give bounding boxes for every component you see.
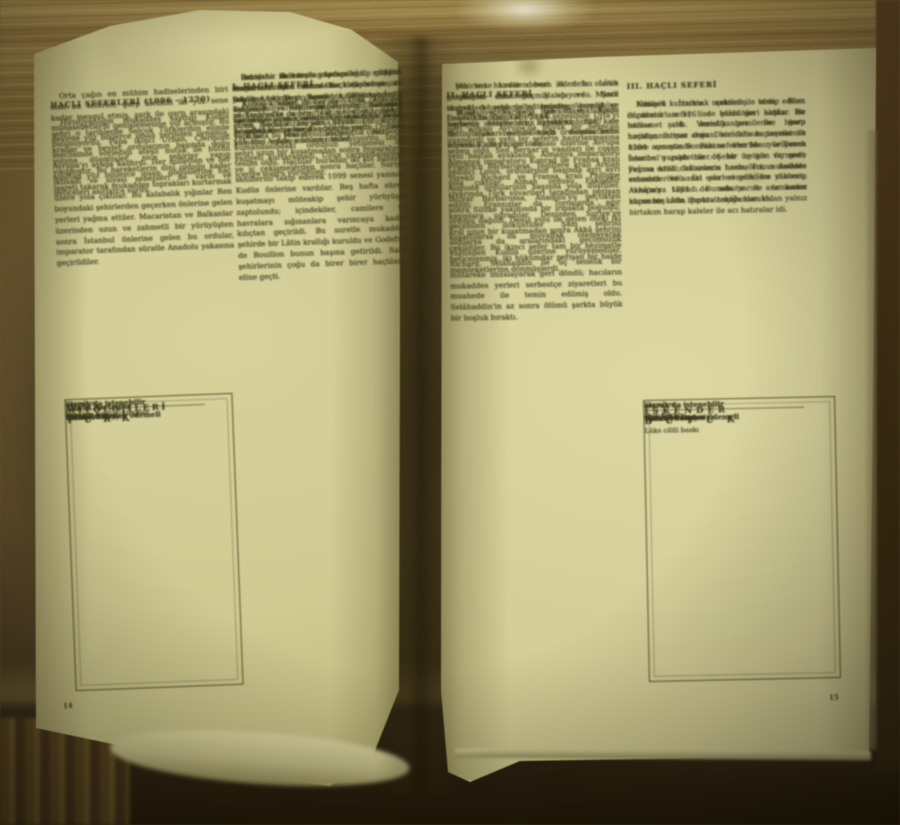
photo-scene: Orta çağın en mühim hadiselerinden biri …: [0, 0, 900, 825]
body-paragraph: Nihayet İznik'e çekilmiş olan Rum impara…: [627, 96, 807, 218]
ad-detail: Lüks ciltli baskı: [645, 426, 699, 435]
right-page-column-2: III. HAÇLI SEFERİ Kudüs'ü kurtarmak maks…: [627, 78, 812, 402]
page-number-right: 15: [829, 693, 839, 702]
ad-footer-line1: Kitabevimizden ödemeli: [644, 412, 739, 424]
page-number-left: 14: [63, 701, 73, 710]
body-paragraph: Bundan sonra haçlı hareketi eski hızını …: [447, 105, 620, 151]
book-ad-right: Tarih ve Edebiyat Yayınları Faik Kurter …: [643, 396, 841, 682]
ad-footer-line2: olarak da istenebilir: [644, 399, 724, 411]
light-reflection: [455, 0, 595, 32]
book-ad-left: Tarih ve Edebiyat Yayınları Yeniden bası…: [64, 393, 243, 691]
page-block-edge: [866, 130, 877, 750]
book-photograph: Orta çağın en mühim hadiselerinden biri …: [0, 0, 900, 825]
section-heading: III. HAÇLI SEFERİ: [627, 78, 805, 93]
left-page-column-1: Orta çağın en mühim hadiselerinden biri …: [50, 85, 240, 402]
book-gutter-shadow: [376, 36, 462, 794]
body-paragraph: Hıristiyanlığın mukaddes saydığı Kudüs ş…: [51, 111, 235, 269]
right-page-column-1: şehirleri hicretten beri ilk defa olarak…: [446, 78, 629, 681]
